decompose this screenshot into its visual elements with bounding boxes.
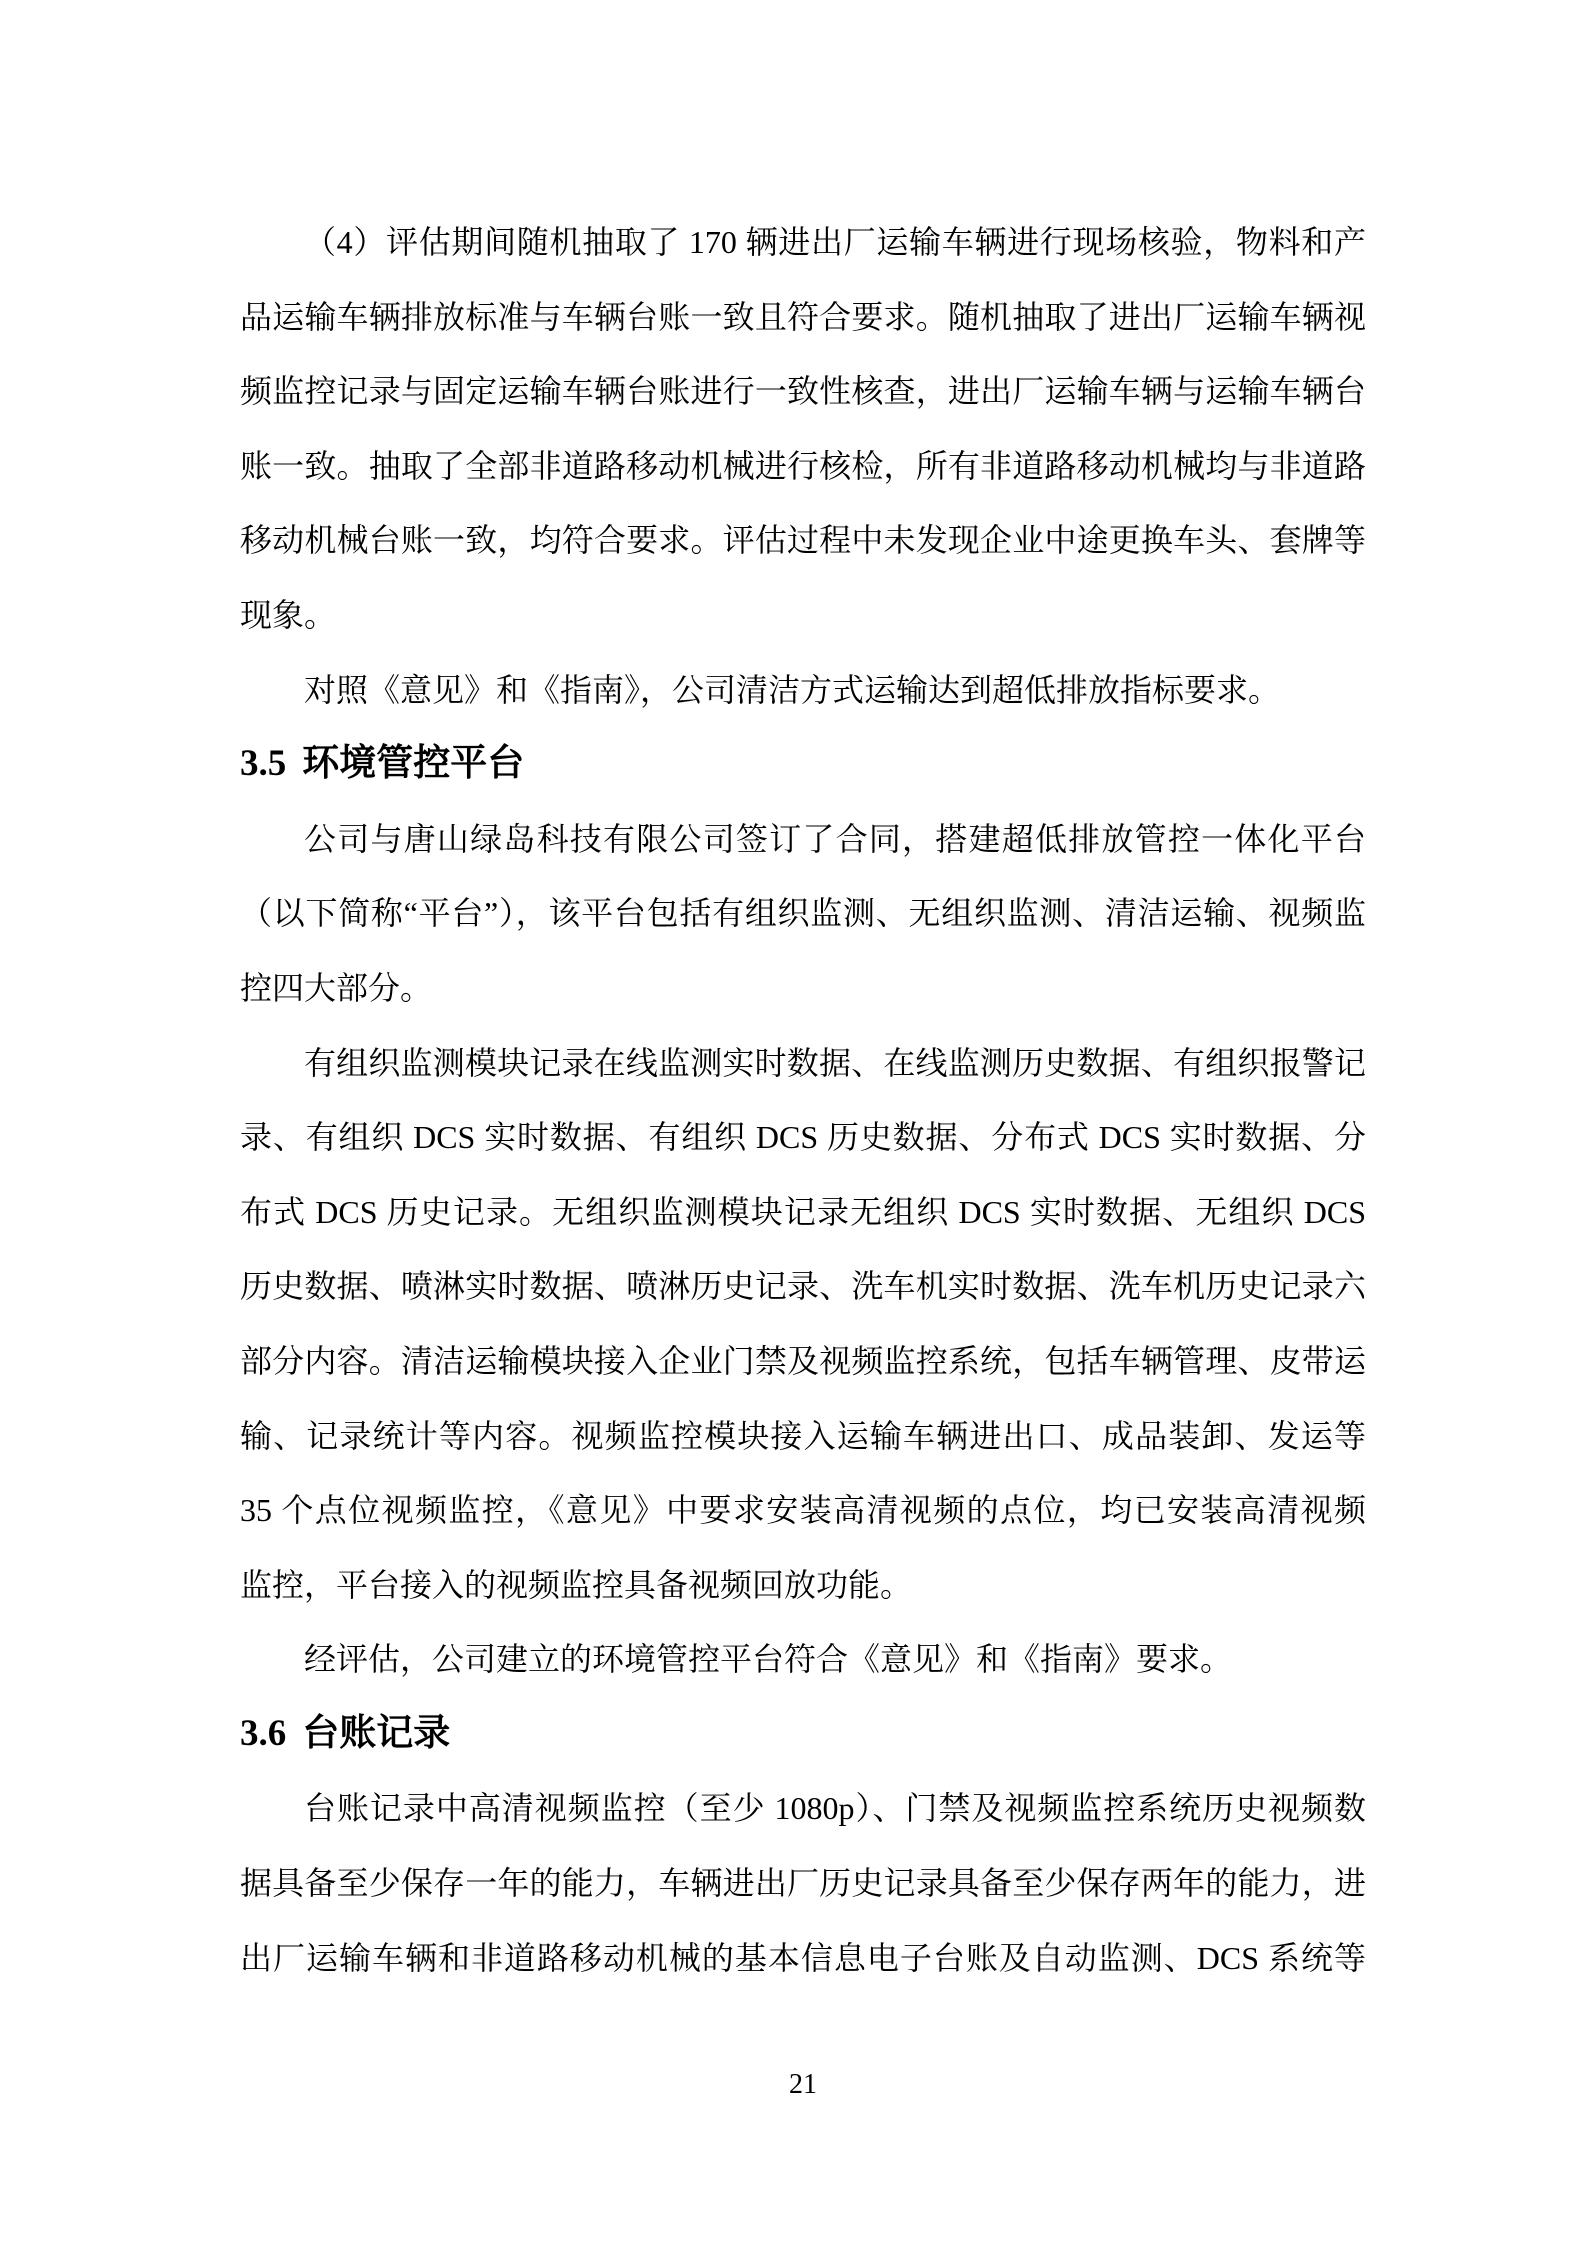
section-number: 3.6: [240, 1713, 286, 1754]
section-heading-3-6: 3.6台账记录: [240, 1697, 1366, 1772]
body-line: 输、记录统计等内容。视频监控模块接入运输车辆进出口、成品装卸、发运等: [240, 1399, 1366, 1474]
body-line: 部分内容。清洁运输模块接入企业门禁及视频监控系统，包括车辆管理、皮带运: [240, 1324, 1366, 1399]
body-line: 经评估，公司建立的环境管控平台符合《意见》和《指南》要求。: [240, 1622, 1366, 1697]
body-line: 35 个点位视频监控，《意见》中要求安装高清视频的点位，均已安装高清视频: [240, 1473, 1366, 1548]
section-title: 台账记录: [302, 1713, 450, 1754]
body-line: 布式 DCS 历史记录。无组织监测模块记录无组织 DCS 实时数据、无组织 DC…: [240, 1175, 1366, 1250]
body-line: 出厂运输车辆和非道路移动机械的基本信息电子台账及自动监测、DCS 系统等: [240, 1921, 1366, 1996]
section-number: 3.5: [240, 743, 286, 784]
body-line: 账一致。抽取了全部非道路移动机械进行核检，所有非道路移动机械均与非道路: [240, 429, 1366, 504]
body-line: 录、有组织 DCS 实时数据、有组织 DCS 历史数据、分布式 DCS 实时数据…: [240, 1100, 1366, 1175]
body-line: （以下简称“平台”），该平台包括有组织监测、无组织监测、清洁运输、视频监: [240, 876, 1366, 951]
document-page: （4）评估期间随机抽取了 170 辆进出厂运输车辆进行现场核验，物料和产 品运输…: [0, 0, 1587, 2245]
section-title: 环境管控平台: [302, 743, 524, 784]
body-line: （4）评估期间随机抽取了 170 辆进出厂运输车辆进行现场核验，物料和产: [240, 205, 1366, 280]
body-line: 品运输车辆排放标准与车辆台账一致且符合要求。随机抽取了进出厂运输车辆视: [240, 280, 1366, 355]
body-line: 公司与唐山绿岛科技有限公司签订了合同，搭建超低排放管控一体化平台: [240, 802, 1366, 877]
body-line: 对照《意见》和《指南》，公司清洁方式运输达到超低排放指标要求。: [240, 653, 1366, 728]
body-line: 台账记录中高清视频监控（至少 1080p）、门禁及视频监控系统历史视频数: [240, 1771, 1366, 1846]
document-text-block: （4）评估期间随机抽取了 170 辆进出厂运输车辆进行现场核验，物料和产 品运输…: [240, 205, 1366, 1995]
body-line: 控四大部分。: [240, 951, 1366, 1026]
body-line: 监控，平台接入的视频监控具备视频回放功能。: [240, 1548, 1366, 1623]
section-heading-3-5: 3.5环境管控平台: [240, 727, 1366, 802]
body-line: 据具备至少保存一年的能力，车辆进出厂历史记录具备至少保存两年的能力，进: [240, 1846, 1366, 1921]
body-line: 现象。: [240, 578, 1366, 653]
body-line: 有组织监测模块记录在线监测实时数据、在线监测历史数据、有组织报警记: [240, 1026, 1366, 1101]
body-line: 移动机械台账一致，均符合要求。评估过程中未发现企业中途更换车头、套牌等: [240, 503, 1366, 578]
page-number: 21: [240, 2058, 1366, 2112]
body-line: 历史数据、喷淋实时数据、喷淋历史记录、洗车机实时数据、洗车机历史记录六: [240, 1249, 1366, 1324]
body-line: 频监控记录与固定运输车辆台账进行一致性核查，进出厂运输车辆与运输车辆台: [240, 354, 1366, 429]
